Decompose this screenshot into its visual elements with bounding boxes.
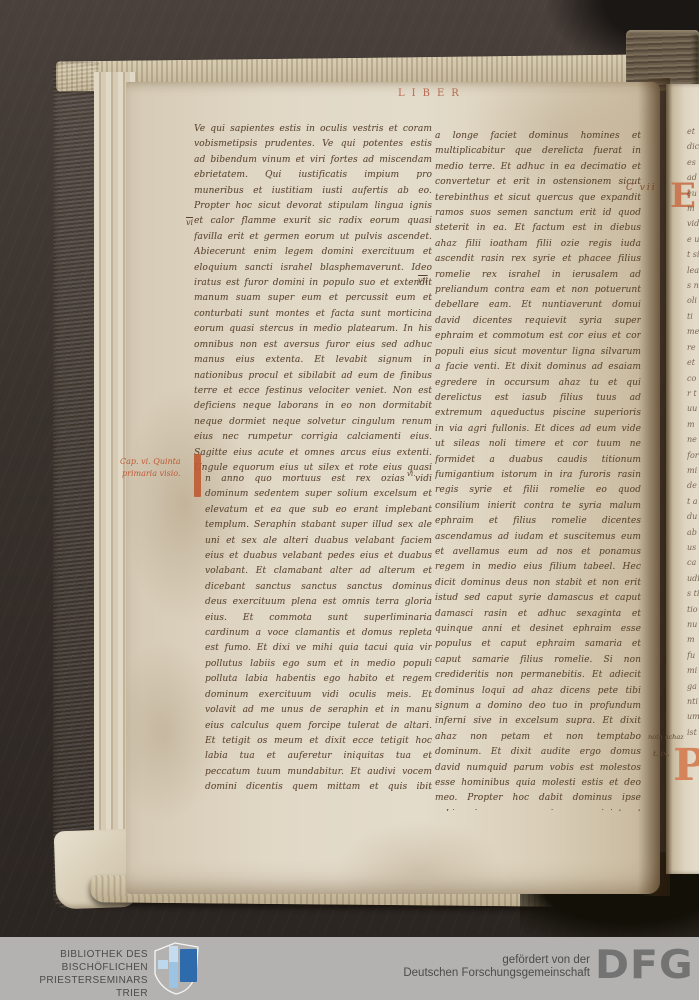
left-text-column-upper: Ve qui sapientes estis in oculis vestris…	[194, 122, 432, 472]
funding-credit-line1: gefördert von der	[290, 954, 590, 967]
margin-paragraph-mark-left: vi	[186, 218, 193, 227]
red-chapter-note-line2: primaria visio.	[122, 468, 181, 479]
library-shield-logo-icon	[150, 938, 202, 996]
red-initial-i	[194, 454, 201, 497]
library-name-line2: BISCHÖFLICHEN	[10, 961, 148, 974]
funding-credit-line2: Deutschen Forschungsgemeinschaft	[290, 967, 590, 980]
footer-banner: BIBLIOTHEK DES BISCHÖFLICHEN PRIESTERSEM…	[0, 937, 699, 1000]
margin-small-chapter-mark: vi.	[407, 470, 415, 478]
library-name-line3: PRIESTERSEMINARS TRIER	[10, 974, 148, 1000]
recto-red-initial-p: P	[673, 744, 699, 788]
right-text-column: a longe faciet dominus homines et multip…	[435, 129, 641, 811]
recto-margin-note-2: t. ix.	[653, 749, 670, 758]
page-verso: LIBER Ve qui sapientes estis in oculis v…	[126, 82, 660, 894]
red-chapter-note-line1: Cap. vi. Quinta	[120, 456, 181, 467]
dfg-logo: DFG	[595, 950, 694, 980]
library-name-line1: BIBLIOTHEK DES	[10, 948, 148, 961]
margin-paragraph-mark-right: vii	[418, 276, 428, 285]
library-name: BIBLIOTHEK DES BISCHÖFLICHEN PRIESTERSEM…	[10, 948, 148, 1000]
left-text-column-lower: n anno quo mortuus est rex ozias vidi do…	[205, 472, 432, 796]
funding-credit: gefördert von der Deutschen Forschungsge…	[290, 954, 590, 979]
manuscript-photo: LIBER Ve qui sapientes estis in oculis v…	[0, 0, 699, 1000]
book-left-cover-edge	[53, 62, 99, 908]
recto-edge-text: et dices ad eum vide ut sileas noli time…	[687, 124, 699, 744]
running-header-liber: LIBER	[398, 88, 466, 99]
